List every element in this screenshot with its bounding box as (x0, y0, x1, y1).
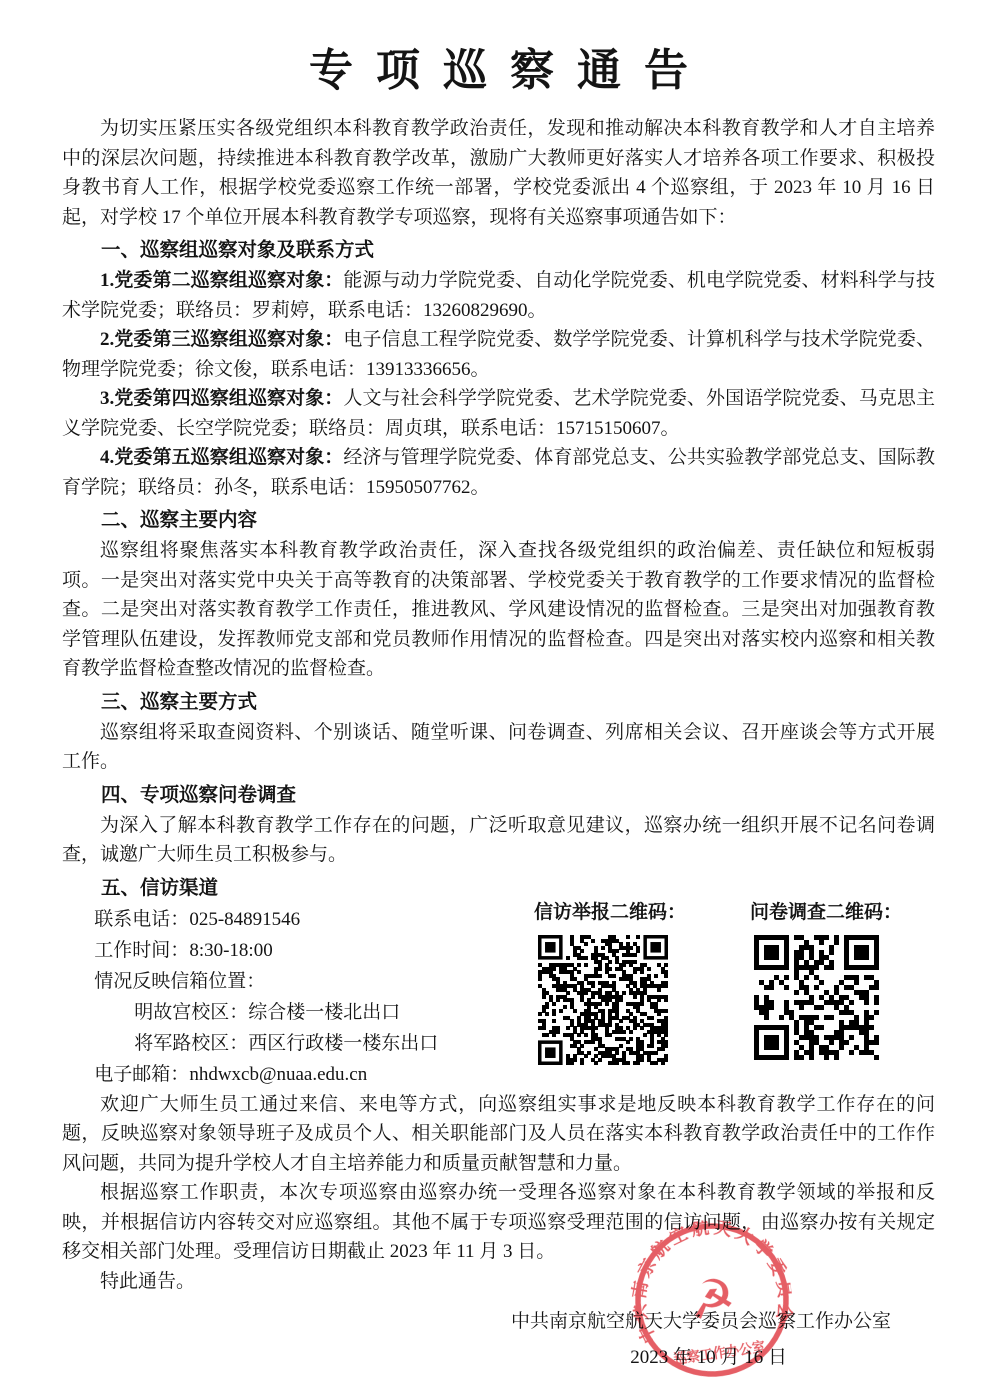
inspection-group-item-1: 1.党委第二巡察组巡察对象：能源与动力学院党委、自动化学院党委、机电学院党委、材… (62, 266, 935, 325)
inspection-group-item-3: 3.党委第四巡察组巡察对象：人文与社会科学学院党委、艺术学院党委、外国语学院党委… (62, 384, 935, 443)
section-4-heading: 四、专项巡察问卷调查 (62, 780, 935, 810)
hours-label: 工作时间： (94, 940, 189, 961)
notice-document-page: { "doc": { "title": "专项巡察通告", "intro": "… (0, 0, 999, 1400)
email-value: nhdwxcb@nuaa.edu.cn (189, 1064, 367, 1085)
email-label: 电子邮箱： (94, 1064, 189, 1085)
survey-qr-block: 问卷调查二维码： (750, 900, 902, 1060)
section-2-heading: 二、巡察主要内容 (62, 505, 935, 535)
phone-value: 025-84891546 (189, 909, 300, 930)
section-1-heading: 一、巡察组巡察对象及联系方式 (62, 235, 935, 265)
report-qr-block: 信访举报二维码： (534, 900, 686, 1065)
issuer-signature: 中共南京航空航天大学委员会巡察工作办公室 (62, 1304, 935, 1340)
page-title: 专项巡察通告 (62, 34, 935, 98)
issue-date: 2023 年 10 月 16 日 (62, 1340, 935, 1376)
welcome-paragraph: 欢迎广大师生员工通过来信、来电等方式，向巡察组实事求是地反映本科教育教学工作存在… (62, 1090, 935, 1179)
section-3-paragraph: 巡察组将采取查阅资料、个别谈话、随堂听课、问卷调查、列席相关会议、召开座谈会等方… (62, 718, 935, 777)
section-2-paragraph: 巡察组将聚焦落实本科教育教学政治责任，深入查找各级党组织的政治偏差、责任缺位和短… (62, 536, 935, 684)
survey-qr-code (754, 935, 879, 1060)
group-1-lead: 1.党委第二巡察组巡察对象： (100, 270, 343, 291)
closing-line: 特此通告。 (62, 1267, 935, 1297)
inspection-group-item-2: 2.党委第三巡察组巡察对象：电子信息工程学院党委、数学学院党委、计算机科学与技术… (62, 325, 935, 384)
group-4-lead: 4.党委第五巡察组巡察对象： (100, 447, 343, 468)
inspection-group-item-4: 4.党委第五巡察组巡察对象：经济与管理学院党委、体育部党总支、公共实验教学部党总… (62, 443, 935, 502)
section-3-heading: 三、巡察主要方式 (62, 687, 935, 717)
survey-qr-label: 问卷调查二维码： (750, 900, 902, 926)
contact-email-line: 电子邮箱：nhdwxcb@nuaa.edu.cn (62, 1059, 935, 1090)
group-2-lead: 2.党委第三巡察组巡察对象： (100, 329, 343, 350)
signature-block: 中共南京航空航天大学委员会巡察工作办公室 2023 年 10 月 16 日 (62, 1304, 935, 1376)
phone-label: 联系电话： (94, 909, 189, 930)
section-5-heading: 五、信访渠道 (62, 873, 935, 903)
report-qr-code (538, 935, 668, 1065)
intro-paragraph: 为切实压紧压实各级党组织本科教育教学政治责任，发现和推动解决本科教育教学和人才自… (62, 114, 935, 232)
group-3-lead: 3.党委第四巡察组巡察对象： (100, 388, 343, 409)
contact-section: 信访举报二维码： 问卷调查二维码： 联系电话：025-84891546 工作时间… (62, 904, 935, 1090)
section-4-paragraph: 为深入了解本科教育教学工作存在的问题，广泛听取意见建议，巡察办统一组织开展不记名… (62, 811, 935, 870)
report-qr-label: 信访举报二维码： (534, 900, 686, 926)
notice-page: 专项巡察通告 为切实压紧压实各级党组织本科教育教学政治责任，发现和推动解决本科教… (0, 0, 999, 1400)
duty-paragraph: 根据巡察工作职责，本次专项巡察由巡察办统一受理各巡察对象在本科教育教学领域的举报… (62, 1178, 935, 1267)
hours-value: 8:30-18:00 (189, 940, 272, 961)
